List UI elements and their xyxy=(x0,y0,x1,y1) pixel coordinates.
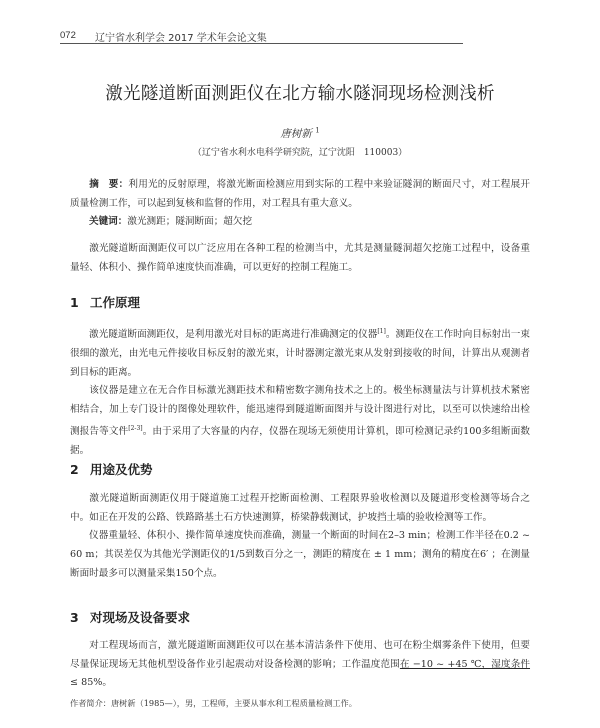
author-note: 作者简介：唐树新（1985—），男，工程师，主要从事水利工程质量检测工作。 xyxy=(70,698,357,709)
citation-ref: [2-3] xyxy=(128,425,142,432)
paragraph-text: 仪器重量轻、体积小、操作简单速度快而准确，测量一个断面的时间在2–3 min；检… xyxy=(70,530,530,578)
section-heading-1: 1工作原理 xyxy=(70,293,140,311)
intro-paragraph: 激光隧道断面测距仪可以广泛应用在各种工程的检测当中，尤其是测量隧洞超欠挖施工过程… xyxy=(70,240,530,277)
paragraph-text: 激光隧道断面测距仪，是利用激光对目标的距离进行准确测定的仪器 xyxy=(89,329,377,340)
article-title: 激光隧道断面测距仪在北方输水隧洞现场检测浅析 xyxy=(0,80,600,105)
underlined-text: 在 −10 ~ +45 ℃，湿度条件 xyxy=(400,659,530,670)
author-line: 唐树新 1 xyxy=(0,126,600,141)
section-heading-2: 2用途及优势 xyxy=(70,460,153,478)
section-2-body: 激光隧道断面测距仪用于隧道施工过程开挖断面检测、工程限界验收检测以及隧道形变检测… xyxy=(70,490,530,584)
section-number: 1 xyxy=(70,295,90,310)
section-3-body: 对工程现场而言，激光隧道断面测距仪可以在基本清洁条件下使用、也可在粉尘烟雾条件下… xyxy=(70,637,530,693)
paragraph-text: ≤ 85%。 xyxy=(70,677,112,688)
author-name: 唐树新 xyxy=(280,128,312,140)
section-heading-3: 3对现场及设备要求 xyxy=(70,608,190,626)
author-affiliation: （辽宁省水利水电科学研究院，辽宁沈阳 110003） xyxy=(0,145,600,158)
author-affiliation-marker: 1 xyxy=(315,127,319,135)
section-title: 用途及优势 xyxy=(90,462,153,477)
section-title: 对现场及设备要求 xyxy=(90,610,190,625)
keywords-text: 激光测距；隧洞断面；超欠挖 xyxy=(127,216,252,227)
page-number: 072 xyxy=(60,30,76,41)
keywords-label: 关键词： xyxy=(89,216,127,227)
section-number: 3 xyxy=(70,610,90,625)
section-number: 2 xyxy=(70,462,90,477)
running-header: 072 辽宁省水利学会 2017 学术年会论文集 xyxy=(60,27,463,44)
citation-ref: [1] xyxy=(377,328,386,335)
section-1-body: 激光隧道断面测距仪，是利用激光对目标的距离进行准确测定的仪器[1]。测距仪在工作… xyxy=(70,323,530,460)
intro-text: 激光隧道断面测距仪可以广泛应用在各种工程的检测当中，尤其是测量隧洞超欠挖施工过程… xyxy=(70,243,530,273)
journal-title: 辽宁省水利学会 2017 学术年会论文集 xyxy=(95,29,267,44)
section-title: 工作原理 xyxy=(90,295,140,310)
abstract-label: 摘 要： xyxy=(89,179,128,190)
abstract-text: 利用光的反射原理，将激光断面检测应用到实际的工程中来验证隧洞的断面尺寸，对工程展… xyxy=(70,179,530,209)
abstract: 摘 要：利用光的反射原理，将激光断面检测应用到实际的工程中来验证隧洞的断面尺寸，… xyxy=(70,176,530,232)
paragraph-text: 激光隧道断面测距仪用于隧道施工过程开挖断面检测、工程限界验收检测以及隧道形变检测… xyxy=(70,493,530,523)
